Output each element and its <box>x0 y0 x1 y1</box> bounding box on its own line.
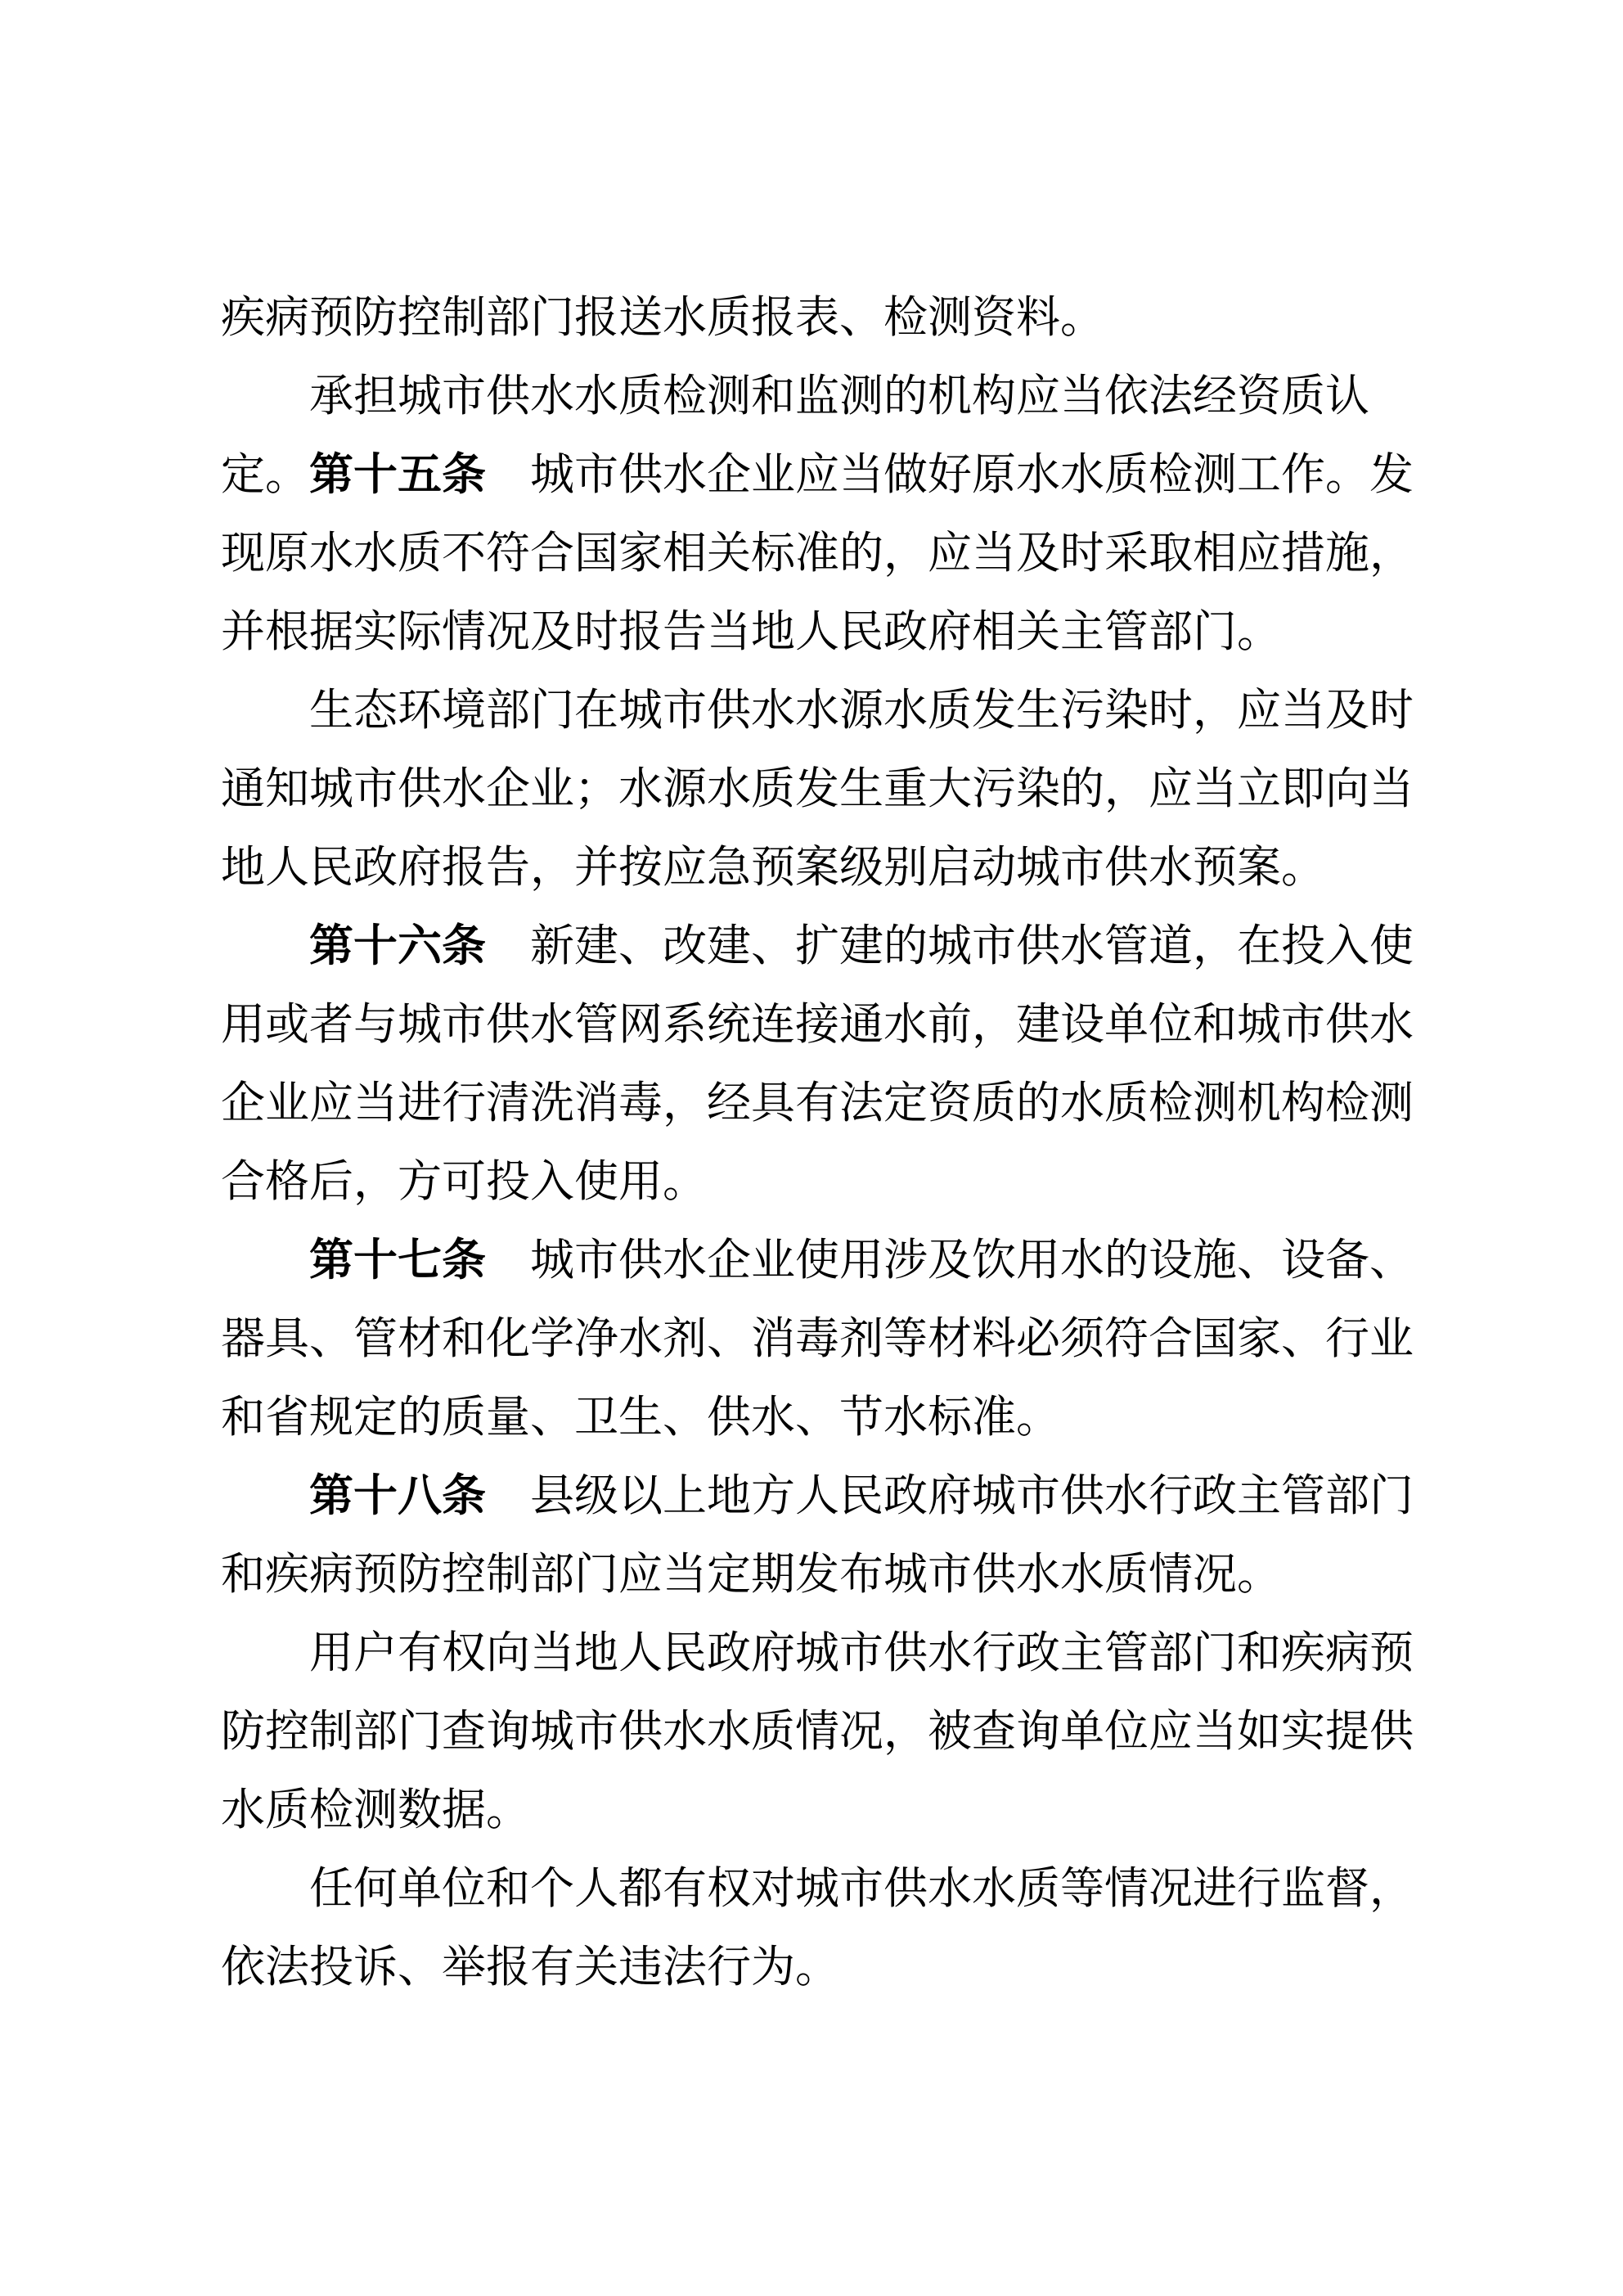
text-line: 承担城市供水水质检测和监测的机构应当依法经资质认定。 <box>221 357 1414 435</box>
text-line: 和省规定的质量、卫生、供水、节水标准。 <box>221 1378 1414 1456</box>
text-line: 地人民政府报告，并按应急预案级别启动城市供水预案。 <box>221 828 1414 907</box>
text-line: 第十七条城市供水企业使用涉及饮用水的设施、设备、 <box>221 1221 1414 1299</box>
article-number: 第十七条 <box>309 1236 486 1285</box>
text-line: 用或者与城市供水管网系统连接通水前，建设单位和城市供水 <box>221 985 1414 1064</box>
text-line: 并根据实际情况及时报告当地人民政府相关主管部门。 <box>221 592 1414 671</box>
text-line: 第十八条县级以上地方人民政府城市供水行政主管部门 <box>221 1456 1414 1535</box>
line-text: 城市供水企业应当做好原水水质检测工作。发 <box>530 450 1414 499</box>
text-line: 第十五条城市供水企业应当做好原水水质检测工作。发 <box>221 435 1414 514</box>
article-number: 第十六条 <box>309 921 486 970</box>
article-number: 第十八条 <box>309 1471 486 1520</box>
text-line: 现原水水质不符合国家相关标准的，应当及时采取相应措施， <box>221 514 1414 592</box>
line-text: 新建、改建、扩建的城市供水管道，在投入使 <box>530 921 1414 970</box>
text-line: 生态环境部门在城市供水水源水质发生污染时，应当及时 <box>221 671 1414 750</box>
text-line: 水质检测数据。 <box>221 1771 1414 1849</box>
text-line: 任何单位和个人都有权对城市供水水质等情况进行监督， <box>221 1849 1414 1928</box>
document-text-block: 疾病预防控制部门报送水质报表、检测资料。 承担城市供水水质检测和监测的机构应当依… <box>221 278 1414 2006</box>
text-line: 依法投诉、举报有关违法行为。 <box>221 1928 1414 2006</box>
text-line: 企业应当进行清洗消毒，经具有法定资质的水质检测机构检测 <box>221 1064 1414 1142</box>
document-page: 疾病预防控制部门报送水质报表、检测资料。 承担城市供水水质检测和监测的机构应当依… <box>0 0 1623 2296</box>
line-text: 县级以上地方人民政府城市供水行政主管部门 <box>530 1471 1414 1520</box>
text-line: 合格后，方可投入使用。 <box>221 1142 1414 1221</box>
text-line: 器具、管材和化学净水剂、消毒剂等材料必须符合国家、行业 <box>221 1299 1414 1378</box>
text-line: 和疾病预防控制部门应当定期发布城市供水水质情况。 <box>221 1535 1414 1614</box>
text-line: 防控制部门查询城市供水水质情况，被查询单位应当如实提供 <box>221 1692 1414 1771</box>
text-line: 通知城市供水企业；水源水质发生重大污染的，应当立即向当 <box>221 750 1414 828</box>
text-line: 用户有权向当地人民政府城市供水行政主管部门和疾病预 <box>221 1614 1414 1692</box>
line-text: 城市供水企业使用涉及饮用水的设施、设备、 <box>530 1236 1414 1285</box>
text-line: 疾病预防控制部门报送水质报表、检测资料。 <box>221 278 1414 357</box>
article-number: 第十五条 <box>309 450 486 499</box>
text-line: 第十六条新建、改建、扩建的城市供水管道，在投入使 <box>221 907 1414 985</box>
